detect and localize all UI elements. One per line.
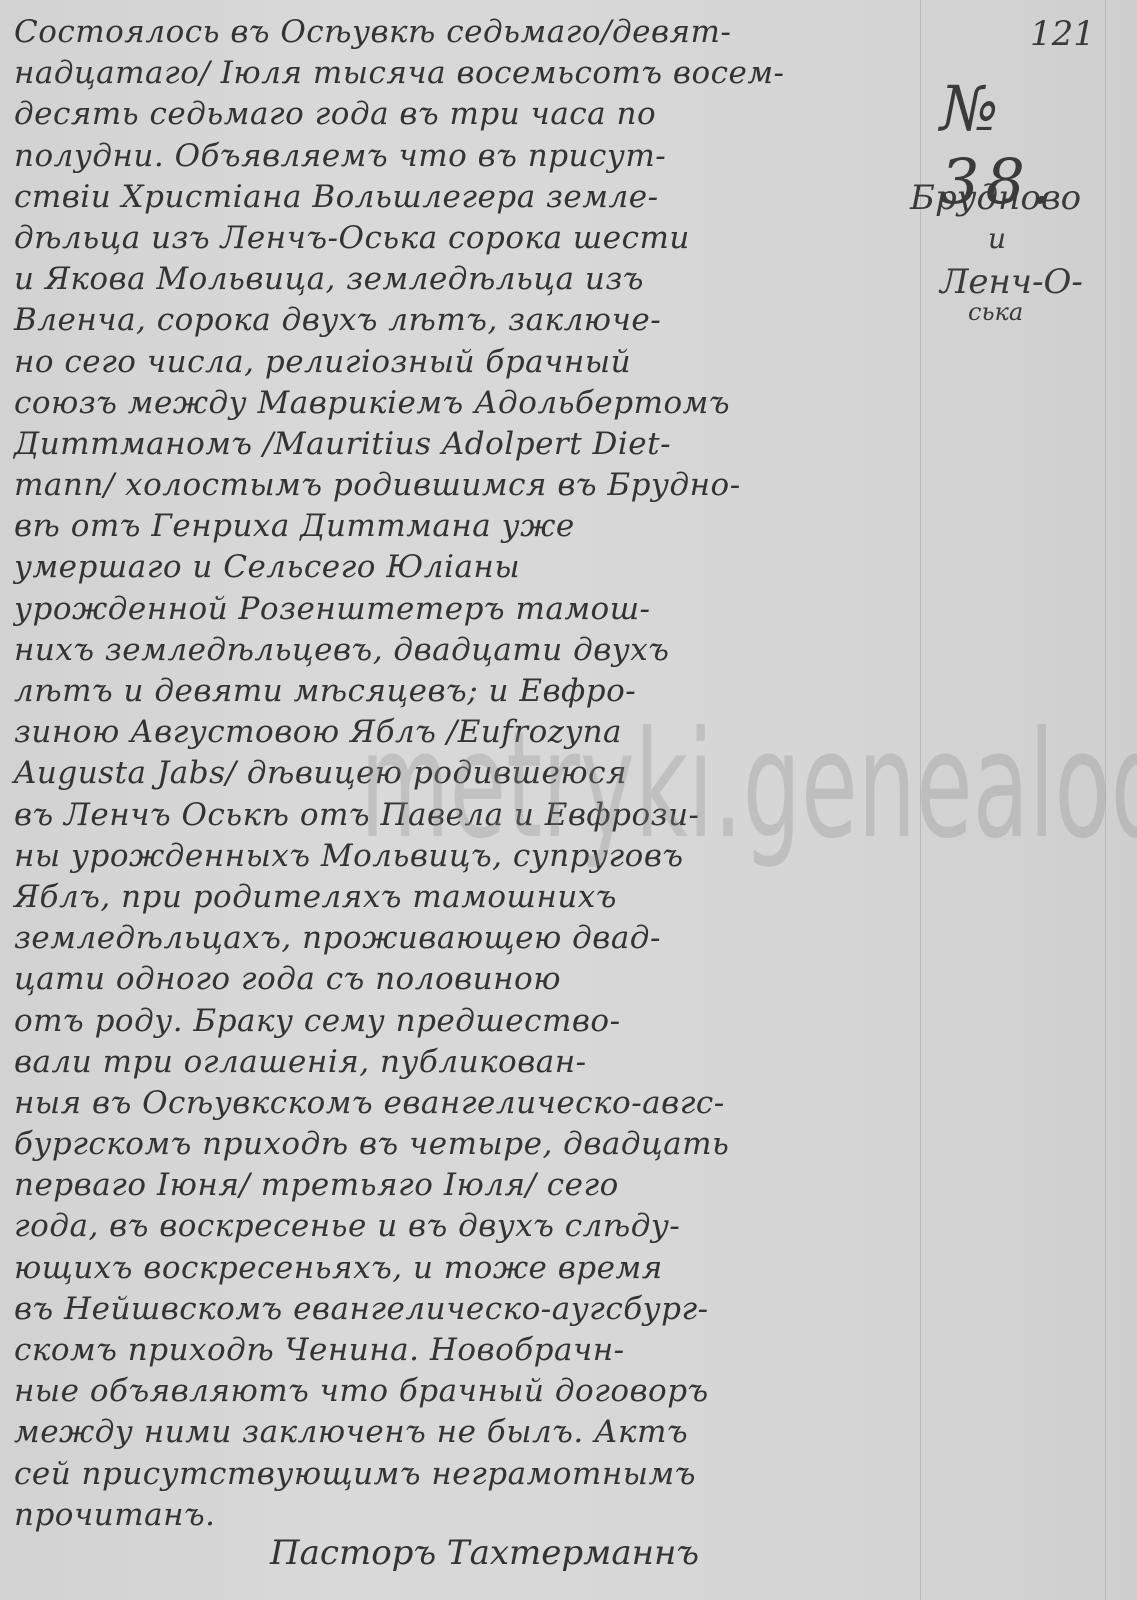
record-text-line: года, въ воскресенье и въ двухъ слѣду- [14,1206,919,1247]
record-text-line: Augusta Jabs/ дѣвицею родившеюся [14,753,919,794]
record-text-line: ющихъ воскресеньяхъ, и тоже время [14,1248,919,1289]
record-text-line: зиною Августовою Яблъ /Eufrozyna [14,712,919,753]
pastor-signature: Пасторъ Тахтерманнъ [270,1533,699,1573]
record-text-line: отъ роду. Браку сему предшество- [14,1001,919,1042]
margin-divider [920,0,921,1600]
record-text-line: въ Нейшвскомъ евангелическо-аугсбург- [14,1289,919,1330]
record-text-line: умершаго и Сельсего Юліаны [14,547,919,588]
margin-place-line-2: и [988,222,1006,255]
record-text-line: нихъ земледѣльцевъ, двадцати двухъ [14,630,919,671]
page-edge-line [1105,0,1106,1600]
record-text-line: десять седьмаго года въ три часа по [14,94,919,135]
record-text-line: ныя въ Осѣувкскомъ евангелическо-авгс- [14,1083,919,1124]
record-text-line: перваго Іюня/ третьяго Іюля/ сего [14,1165,919,1206]
record-text-line: и Якова Мольвица, земледѣльца изъ [14,259,919,300]
record-text-line: вали три оглашенія, публикован- [14,1042,919,1083]
record-text-line: сей присутствующимъ неграмотнымъ [14,1454,919,1495]
record-body-text: Состоялось въ Осѣувкѣ седьмаго/девят-над… [14,12,919,1536]
record-text-line: Диттманомъ /Mauritius Adolpert Diet- [14,424,919,465]
record-text-line: Состоялось въ Осѣувкѣ седьмаго/девят- [14,12,919,53]
margin-place-line-4: ська [968,298,1023,326]
record-text-line: земледѣльцахъ, проживающею двад- [14,918,919,959]
record-text-line: скомъ приходѣ Ченина. Новобрачн- [14,1330,919,1371]
record-text-line: полудни. Объявляемъ что въ присут- [14,136,919,177]
record-text-line: но сего числа, религіозный брачный [14,342,919,383]
record-text-line: ны урожденныхъ Мольвицъ, супруговъ [14,836,919,877]
record-text-line: въ Ленчъ Оськѣ отъ Павела и Евфрози- [14,795,919,836]
record-text-line: лѣтъ и девяти мѣсяцевъ; и Евфро- [14,671,919,712]
record-text-line: ствіи Христіана Вольшлегера земле- [14,177,919,218]
page-number: 121 [1030,14,1095,54]
margin-place-line-3: Ленч-О- [940,262,1083,302]
record-text-line: союзъ между Маврикіемъ Адольбертомъ [14,383,919,424]
record-text-line: Вленча, сорока двухъ лѣтъ, заключе- [14,300,919,341]
record-text-line: дѣльца изъ Ленчъ-Оська сорока шести [14,218,919,259]
record-text-line: вѣ отъ Генриха Диттмана уже [14,506,919,547]
record-text-line: Яблъ, при родителяхъ тамошнихъ [14,877,919,918]
record-text-line: цати одного года съ половиною [14,959,919,1000]
record-text-line: бургскомъ приходѣ въ четыре, двадцать [14,1124,919,1165]
record-text-line: mann/ холостымъ родившимся въ Брудно- [14,465,919,506]
record-text-line: ные объявляютъ что брачный договоръ [14,1371,919,1412]
record-text-line: прочитанъ. [14,1495,919,1536]
record-text-line: между ними заключенъ не былъ. Актъ [14,1412,919,1453]
margin-place-line-1: Брудново [910,178,1081,218]
record-text-line: надцатаго/ Іюля тысяча восемьсотъ восем- [14,53,919,94]
record-text-line: урожденной Розенштетеръ тамош- [14,589,919,630]
document-page: Состоялось въ Осѣувкѣ седьмаго/девят-над… [0,0,1137,1600]
